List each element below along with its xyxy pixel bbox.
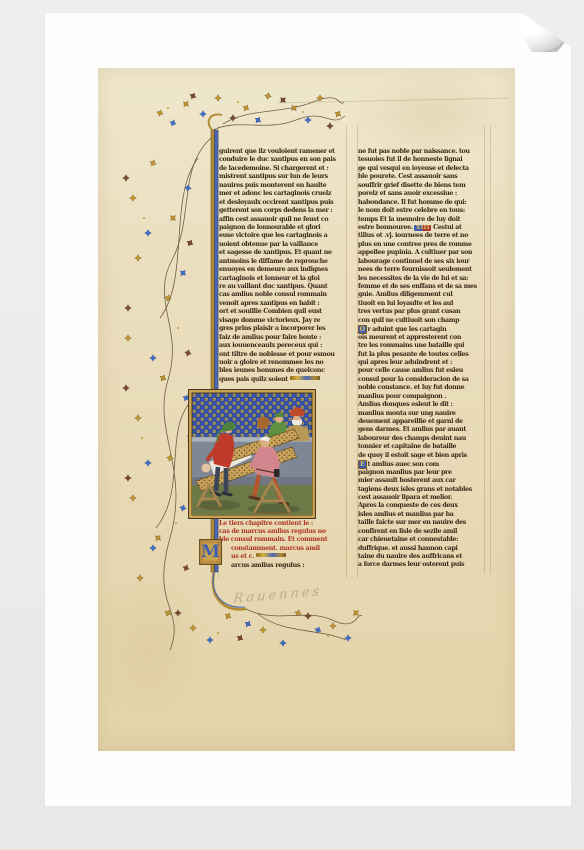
text-line: faiz de amlius pour faire honte : (219, 334, 347, 342)
text-line: Et amlius auec son com (358, 460, 486, 468)
text-line: deuement appareillie et garni de (358, 418, 486, 426)
text-line: affin cest assauoir quil ne feust co (219, 216, 347, 224)
text-line: con quil ne cultiuoit son champ (358, 317, 486, 325)
text-line: conduire le duc xantipus en son pais (219, 156, 347, 164)
text-line: femme et de ses enffans et de sa mes (358, 283, 486, 291)
text-line: confirent en lisle de sezile amil (358, 528, 486, 536)
text-line: manlius pour compaignon . (358, 393, 486, 401)
text-column-right: ne fut pas noble par naissance. toutesuo… (358, 148, 486, 570)
text-line: mer et adonc les cartaginois cruelz (219, 190, 347, 198)
text-line: de lacedemoine. Si chargerent et : (219, 165, 347, 173)
text-line: tesuoies fut il de honneste lignai (358, 156, 486, 164)
text-line: tre les rommains une bataille qui (358, 342, 486, 350)
text-line: antmoins le diffame de reprouche (219, 258, 347, 266)
text-line: duffrique. et aussi hannon capi (358, 545, 486, 553)
text-line: porelz et sans auoir excessiue : (358, 190, 486, 198)
text-line: getterent son corps dedens la mer : (219, 207, 347, 215)
text-line: noble constance. et luy fut donne (358, 384, 486, 392)
rubric: Le tiers chapitre contient le :cas de ma… (219, 520, 347, 561)
text-line: estre honnouree. XIII Cestui at (358, 224, 486, 232)
text-line: pour celle cause amlius fut esleu (358, 367, 486, 375)
text-line: habondance. Il fut homme de qui: (358, 199, 486, 207)
text-line: taille faicte sur mer en nauire des (358, 519, 486, 527)
incipit-line: arcus amlius regulus : (231, 561, 304, 569)
text-line: paignon manlius par leur pre (358, 469, 486, 477)
text-line: Or aduint que les cartagin (358, 325, 486, 333)
illuminated-initial-M: M (199, 539, 222, 565)
text-line: souffrir grief disette de biens tem (358, 182, 486, 190)
text-line: cartaginois et lonneur et la gloi (219, 275, 347, 283)
text-line: fut la plus pesante de toutes celles (358, 351, 486, 359)
text-line: ois meurent et appresterent con (358, 334, 486, 342)
text-line: taine du nauire des auffricans et (358, 553, 486, 561)
text-line: cest assauoir lipara et melior. (358, 494, 486, 502)
text-line: gres prins plaisir a incorporer les (219, 325, 347, 333)
text-line: venoit apres xantipus en habit : (219, 300, 347, 308)
text-line: ques pais quilz soient (219, 376, 347, 384)
text-line: ge qui vesqui en ioyeuse et delecta (358, 165, 486, 173)
text-line: guirent que ilz vouloient ramener et (219, 148, 347, 156)
text-line: Amlius donques esleut le dit : (358, 401, 486, 409)
text-line: Le tiers chapitre contient le : (219, 520, 347, 528)
text-line: paignon de lonnourable et glori (219, 224, 347, 232)
text-line: aux iouuenceaulx pereceux qui : (219, 342, 347, 350)
text-line: re au vaillant duc xantipus. Quant (219, 283, 347, 291)
text-line: mistrent xantipus sur lun de leurs (219, 173, 347, 181)
text-line: le nom doit estre celebre en tous: (358, 207, 486, 215)
page-curl (516, 12, 569, 52)
text-line: enuoyes en demeure aux indignes (219, 266, 347, 274)
text-line: ont tiltre de noblesse et pour esmou (219, 351, 347, 359)
text-line: ort et souillie Combien quil eust (219, 308, 347, 316)
text-line: consul pour la consideracion de sa (358, 376, 486, 384)
text-line: les necessites de la vie de lui et sa: (358, 275, 486, 283)
text-column-left: guirent que ilz vouloient ramener etcond… (219, 148, 347, 384)
text-line: visage domme victorieux. Jay re (219, 317, 347, 325)
text-line: tres vertus par plus grant cusan (358, 308, 486, 316)
miniature-scene (188, 389, 316, 519)
text-line: isles amlius et manlius par ba (358, 511, 486, 519)
text-line: tagiens deux isles grans et notables (358, 486, 486, 494)
text-line: ble consul rommain. Et comment (219, 536, 347, 544)
manuscript-page: guirent que ilz vouloient ramener etcond… (98, 68, 515, 751)
text-line: appellee pupinia. A cultiuer par son (358, 249, 486, 257)
text-line: constamment. marcus amli (231, 545, 347, 553)
text-line: ne fut pas noble par naissance. tou (358, 148, 486, 156)
text-line: euse victoire que les cartaginois a (219, 232, 347, 240)
text-line: gnie. Amlius diligemment cul (358, 291, 486, 299)
text-line: tiuoit en lui loyaulte et les aul (358, 300, 486, 308)
text-line: car chieuetaine et connestable: (358, 536, 486, 544)
text-line: cas amlius noble consul rommain (219, 291, 347, 299)
text-line: ble pourete. Cest assauoir sans (358, 173, 486, 181)
text-line: bles ieunes hommes de quelconc (219, 367, 347, 375)
text-line: uoir a gloire et renommee les no (219, 359, 347, 367)
text-line: tilius ot .vj. iournees de terre et no (358, 232, 486, 240)
text-line: a force darmes leur osterent puis (358, 561, 486, 569)
text-line: manlius monta sur ung nauire (358, 410, 486, 418)
text-line: plus en une contree pres de romme (358, 241, 486, 249)
text-line: labourage continuel de ses six iour (358, 258, 486, 266)
text-line: nees de terre fournissoit seulement (358, 266, 486, 274)
text-line: nauires puis monterent en haulte (219, 182, 347, 190)
text-line: laboureur des champs deuint nau (358, 435, 486, 443)
text-line: cas de marcus amlius regulus no (219, 528, 347, 536)
text-line: gens darmes. Et amlius par auant (358, 426, 486, 434)
text-line: tonnier et capitaine de bataille (358, 443, 486, 451)
text-line: temps Et la memoire de luy doit (358, 216, 486, 224)
text-line: qui apres leur aduindrent et : (358, 359, 486, 367)
text-line: et desloyaulx occirent xantipus puis (219, 199, 347, 207)
product-backdrop: guirent que ilz vouloient ramener etcond… (0, 0, 584, 850)
text-line: uoient obtenue par la vaillance (219, 241, 347, 249)
text-line: mier assault hosterent aux car (358, 477, 486, 485)
print-sheet: guirent que ilz vouloient ramener etcond… (45, 13, 571, 806)
text-line: us et c. (231, 553, 347, 561)
text-line: de quoy il estoit sage et bien apris (358, 452, 486, 460)
miniature-torture-of-regulus (188, 389, 316, 519)
text-line: Apres la conqueste de ces deux (358, 502, 486, 510)
text-line: et sagesse de xantipus. Et quant ne (219, 249, 347, 257)
